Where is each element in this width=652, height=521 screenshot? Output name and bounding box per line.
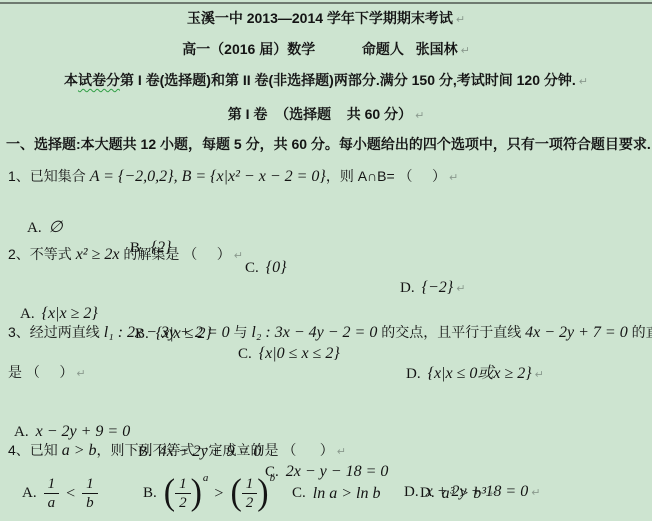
less-than-sign: < bbox=[66, 485, 75, 503]
fraction-numerator: 1 bbox=[44, 476, 60, 495]
window-top-border bbox=[0, 2, 652, 4]
q4-option-b-label: B. bbox=[143, 485, 157, 502]
paragraph-mark: ↵ bbox=[337, 445, 346, 458]
q3-option-a: A.x − 2y + 9 = 0 bbox=[14, 421, 130, 442]
spellcheck-wavy-underline: 试卷分 bbox=[78, 72, 120, 88]
q2-option-a-value: {x|x ≥ 2} bbox=[42, 305, 98, 322]
open-paren: ( bbox=[164, 474, 175, 511]
q2-option-d: D.{x|x ≤ 0或x ≥ 2}↵ bbox=[406, 363, 544, 385]
q1-option-a-value: ∅ bbox=[49, 219, 63, 236]
q1-option-d-value: {−2} bbox=[422, 279, 454, 296]
question-2-options: A.{x|x ≥ 2} B.{x|x ≤ 2} C.{x|0 ≤ x ≤ 2} … bbox=[0, 283, 8, 383]
q1-option-c: C.{0} bbox=[245, 257, 287, 278]
q1-option-d: D.{−2}↵ bbox=[400, 277, 465, 299]
fraction-1-over-2: 12 bbox=[242, 476, 258, 512]
exponent-b: b bbox=[270, 472, 276, 484]
fraction-numerator: 1 bbox=[242, 476, 258, 495]
q3-math-l2: l₂ : 3x − 4y − 2 = 0 bbox=[251, 324, 377, 341]
q3-text-prefix: 3、经过两直线 bbox=[8, 324, 104, 340]
q4-option-d: D. a³ > b³ ↵ bbox=[420, 466, 498, 521]
q1-math: A = {−2,0,2}, B = {x|x² − x − 2 = 0} bbox=[90, 168, 326, 185]
q4-text-suffix: ，则下列不等式一定成立的是 （ ） bbox=[96, 442, 333, 458]
q3-option-a-label: A. bbox=[14, 424, 29, 440]
info-prefix: 本 bbox=[64, 72, 78, 88]
part-title-text: 第 I 卷 （选择题 共 60 分） bbox=[228, 106, 412, 122]
q4-math: a > b bbox=[62, 442, 97, 459]
fraction-1-over-b: 1b bbox=[82, 476, 98, 512]
q4-option-c-label: C. bbox=[292, 485, 306, 502]
fraction-1-over-2: 12 bbox=[175, 476, 191, 512]
q2-option-a: A.{x|x ≥ 2} bbox=[20, 303, 98, 324]
fraction-numerator: 1 bbox=[82, 476, 98, 495]
close-paren: ) bbox=[257, 474, 268, 511]
fraction-denominator: 2 bbox=[242, 494, 258, 512]
q2-option-d-label: D. bbox=[406, 366, 421, 382]
question-3-line2: 是 （ ）↵ bbox=[8, 362, 86, 384]
q4-option-d-label: D. bbox=[420, 485, 435, 502]
question-1: 1、已知集合 A = {−2,0,2}, B = {x|x² − x − 2 =… bbox=[8, 166, 458, 188]
paragraph-mark: ↵ bbox=[535, 368, 544, 381]
q2-text-prefix: 2、不等式 bbox=[8, 246, 76, 262]
q3-text-line2: 是 （ ） bbox=[8, 364, 73, 380]
section-heading-text: 一、选择题:本大题共 12 小题，每题 5 分，共 60 分。每小题给出的四个选… bbox=[6, 136, 651, 152]
paragraph-mark: ↵ bbox=[579, 75, 588, 88]
q1-option-c-value: {0} bbox=[266, 259, 287, 276]
fraction-denominator: b bbox=[82, 494, 98, 512]
paragraph-mark: ↵ bbox=[76, 367, 85, 380]
exam-title: 玉溪一中 2013—2014 学年下学期期末考试↵ bbox=[0, 8, 652, 30]
q1-option-c-label: C. bbox=[245, 260, 259, 276]
fraction-denominator: a bbox=[44, 494, 60, 512]
q2-math: x² ≥ 2x bbox=[76, 246, 120, 263]
q2-text-suffix: 的解集是 （ ） bbox=[119, 246, 230, 262]
q1-text-suffix: ，则 A∩B= （ ） bbox=[326, 168, 446, 184]
question-4: 4、已知 a > b，则下列不等式一定成立的是 （ ）↵ bbox=[8, 440, 346, 462]
greater-than-sign: > bbox=[214, 485, 223, 503]
q4-option-a: A. 1a < 1b bbox=[22, 466, 98, 521]
paragraph-mark: ↵ bbox=[449, 171, 458, 184]
q3-text-mid1: 与 bbox=[230, 324, 252, 340]
info-rest: 第 I 卷(选择题)和第 II 卷(非选择题)两部分.满分 150 分,考试时间… bbox=[120, 72, 576, 88]
question-3-line1: 3、经过两直线 l₁ : 2x − 3y + 2 = 0 与 l₂ : 3x −… bbox=[8, 322, 652, 343]
question-4-options: A. 1a < 1b B. ( 12 ) a > ( 12 ) b C. ln … bbox=[0, 466, 652, 521]
q3-text-suffix: 的直线方程 bbox=[628, 324, 652, 340]
q2-option-c-label: C. bbox=[238, 346, 252, 362]
q2-option-c: C.{x|0 ≤ x ≤ 2} bbox=[238, 343, 340, 364]
q2-option-d-value: {x|x ≤ 0或x ≥ 2} bbox=[428, 365, 532, 382]
q4-option-b: B. ( 12 ) a > ( 12 ) b bbox=[143, 466, 274, 521]
question-1-options: A.∅ B.{2} C.{0} D.{−2}↵ bbox=[0, 197, 8, 297]
paragraph-mark: ↵ bbox=[489, 487, 498, 500]
q4-option-c-value: ln a > ln b bbox=[313, 485, 381, 503]
q3-math-l3: 4x − 2y + 7 = 0 bbox=[525, 324, 628, 341]
q4-option-d-value: a³ > b³ bbox=[442, 485, 486, 503]
q2-option-a-label: A. bbox=[20, 306, 35, 322]
exponent-a: a bbox=[203, 472, 209, 484]
q4-option-a-label: A. bbox=[22, 485, 37, 502]
part-title: 第 I 卷 （选择题 共 60 分）↵ bbox=[0, 104, 652, 126]
paragraph-mark: ↵ bbox=[456, 282, 465, 295]
exam-document-page: { "page": { "background_color": "#cde4d0… bbox=[0, 0, 652, 521]
fraction-denominator: 2 bbox=[175, 494, 191, 512]
paragraph-mark: ↵ bbox=[234, 249, 243, 262]
exam-info-line: 本试卷分第 I 卷(选择题)和第 II 卷(非选择题)两部分.满分 150 分,… bbox=[0, 70, 652, 92]
section-heading: 一、选择题:本大题共 12 小题，每题 5 分，共 60 分。每小题给出的四个选… bbox=[6, 134, 652, 156]
question-2: 2、不等式 x² ≥ 2x 的解集是 （ ）↵ bbox=[8, 244, 243, 266]
paragraph-mark: ↵ bbox=[415, 109, 424, 122]
fraction-1-over-a: 1a bbox=[44, 476, 60, 512]
q1-option-a-label: A. bbox=[27, 220, 42, 236]
exam-subtitle-text: 高一（2016 届）数学 命题人 张国林 bbox=[182, 41, 457, 57]
q2-option-c-value: {x|0 ≤ x ≤ 2} bbox=[259, 345, 340, 362]
open-paren: ( bbox=[230, 474, 241, 511]
fraction-numerator: 1 bbox=[175, 476, 191, 495]
paragraph-mark: ↵ bbox=[461, 44, 470, 57]
exam-title-text: 玉溪一中 2013—2014 学年下学期期末考试 bbox=[187, 10, 453, 26]
q3-text-mid2: 的交点，且平行于直线 bbox=[377, 324, 525, 340]
paragraph-mark: ↵ bbox=[456, 13, 465, 26]
q1-text-prefix: 1、已知集合 bbox=[8, 168, 90, 184]
q4-text-prefix: 4、已知 bbox=[8, 442, 62, 458]
close-paren: ) bbox=[191, 474, 202, 511]
exam-subtitle: 高一（2016 届）数学 命题人 张国林↵ bbox=[0, 39, 652, 61]
q3-option-a-value: x − 2y + 9 = 0 bbox=[36, 423, 131, 440]
q1-option-a: A.∅ bbox=[27, 217, 63, 238]
q4-option-c: C. ln a > ln b bbox=[292, 466, 380, 521]
q1-option-d-label: D. bbox=[400, 280, 415, 296]
q3-math-l1: l₁ : 2x − 3y + 2 = 0 bbox=[104, 324, 230, 341]
